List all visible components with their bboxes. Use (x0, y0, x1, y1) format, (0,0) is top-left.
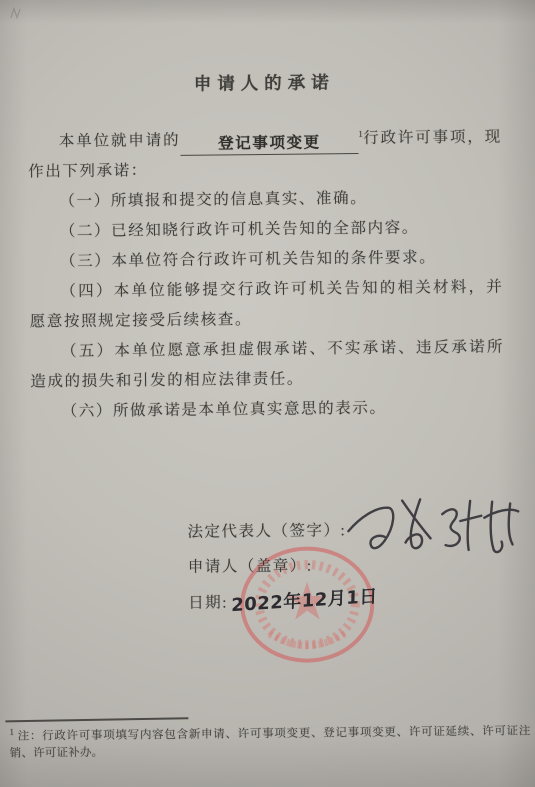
footnote-separator (5, 717, 188, 722)
intro-line2: 作出下列承诺： (28, 162, 148, 180)
commitment-item-3: （三）本单位符合行政许可机关告知的条件要求。 (29, 243, 503, 278)
pen-mark-icon (10, 7, 24, 21)
date-label: 日期: (188, 594, 228, 611)
footnote-number: 1 (9, 727, 14, 737)
applicant-label: 申请人（盖章）: (188, 558, 313, 576)
commitment-item-4: （四）本单位能够提交行政许可机关告知的相关材料，并愿意按照规定接受后续核查。 (29, 273, 504, 338)
commitment-item-2: （二）已经知晓行政许可机关告知的全部内容。 (29, 213, 503, 248)
filled-blank-permit-type: 登记事项变更 (180, 133, 358, 156)
commitment-item-1: （一）所填报和提交的信息真实、准确。 (28, 183, 502, 218)
intro-paragraph: 本单位就申请的登记事项变更1行政许可事项，现作出下列承诺： (28, 123, 503, 188)
handwritten-date: 2022年12月1日 (231, 579, 378, 623)
commitment-item-6: （六）所做承诺是本单位真实意思的表示。 (31, 393, 505, 428)
footnote: 1 注：行政许可事项填写内容包含新申请、许可事项变更、登记事项变更、许可证延续、… (9, 723, 530, 762)
commitment-item-5: （五）本单位愿意承担虚假承诺、不实承诺、违反承诺所造成的损失和引发的相应法律责任… (30, 333, 505, 398)
page-title: 申请人的承诺 (0, 67, 532, 98)
intro-suffix: 行政许可事项，现 (363, 129, 502, 147)
document-page: 申请人的承诺 本单位就申请的登记事项变更1行政许可事项，现作出下列承诺： （一）… (0, 0, 535, 787)
date-row: 日期:2022年12月1日 (188, 583, 378, 620)
legal-representative-label: 法定代表人（签字）: (187, 522, 346, 541)
footnote-text: 注：行政许可事项填写内容包含新申请、许可事项变更、登记事项变更、许可证延续、许可… (10, 725, 531, 759)
intro-prefix: 本单位就申请的 (59, 132, 181, 150)
photographed-document: 申请人的承诺 本单位就申请的登记事项变更1行政许可事项，现作出下列承诺： （一）… (0, 0, 535, 787)
document-body: 本单位就申请的登记事项变更1行政许可事项，现作出下列承诺： （一）所填报和提交的… (28, 123, 505, 428)
handwritten-signature-icon (344, 491, 523, 567)
